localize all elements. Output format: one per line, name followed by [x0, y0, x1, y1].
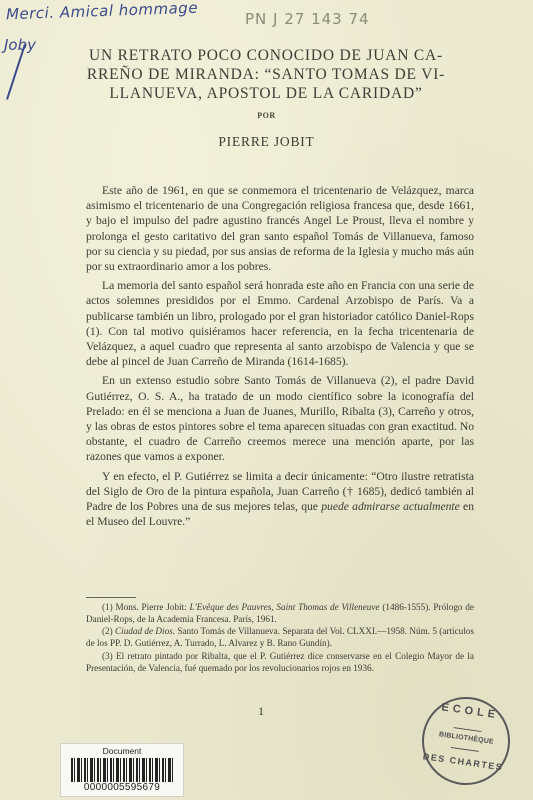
body-paragraph: Este año de 1961, en que se conmemora el…: [86, 183, 474, 274]
body-paragraph: En un extenso estudio sobre Santo Tomás …: [86, 373, 474, 464]
body-paragraph: Y en efecto, el P. Gutiérrez se limita a…: [86, 469, 474, 530]
barcode-icon: [71, 758, 173, 782]
footnote-divider: [86, 597, 136, 598]
stamp-bottom-text: DES CHARTES: [421, 751, 506, 773]
footnote-3: (3) El retrato pintado por Ribalta, que …: [86, 651, 474, 674]
footnote-text: (1) Mons. Pierre Jobit:: [102, 602, 190, 612]
stamp-divider: [451, 747, 479, 752]
barcode-number: 0000005595679: [61, 782, 183, 793]
title-line: RREÑO DE MIRANDA: “SANTO TOMAS DE VI-: [56, 65, 476, 84]
footnote-2: (2) Ciudad de Dios. Santo Tomás de Villa…: [86, 626, 474, 649]
barcode-label: Document 0000005595679: [60, 743, 184, 797]
footnote-1: (1) Mons. Pierre Jobit: L'Evêque des Pau…: [86, 602, 474, 625]
footnotes: (1) Mons. Pierre Jobit: L'Evêque des Pau…: [86, 602, 474, 675]
footnote-book-title: L'Evêque des Pauvres, Saint Thomas de Vi…: [190, 602, 380, 612]
footnote-text: (2): [102, 626, 115, 636]
handwritten-dedication: Merci. Amical hommage: [6, 0, 199, 23]
pencil-shelfmark: PN J 27 143 74: [245, 10, 370, 28]
stamp-divider: [454, 727, 482, 732]
stamp-top-text: ECOLE: [428, 700, 513, 724]
body-paragraph: La memoria del santo español será honrad…: [86, 278, 474, 369]
title-line: LLANUEVA, APOSTOL DE LA CARIDAD”: [56, 84, 476, 103]
footnote-journal-title: Ciudad de Dios.: [115, 626, 175, 636]
page-number: 1: [258, 704, 264, 719]
stamp-middle-text: BIBLIOTHÈQUE: [424, 729, 508, 748]
article-title: UN RETRATO POCO CONOCIDO DE JUAN CA- RRE…: [56, 46, 476, 103]
document-page: Merci. Amical hommage Joby PN J 27 143 7…: [0, 0, 533, 800]
library-stamp: ECOLE BIBLIOTHÈQUE DES CHARTES: [416, 691, 515, 790]
author-name: PIERRE JOBIT: [0, 134, 533, 150]
barcode-title: Document: [61, 746, 183, 756]
quote-emphasis: puede admirarse actualmente: [321, 500, 460, 513]
byline-por: POR: [0, 111, 533, 120]
title-line: UN RETRATO POCO CONOCIDO DE JUAN CA-: [56, 46, 476, 65]
handwritten-signature: Joby: [4, 36, 36, 54]
article-body: Este año de 1961, en que se conmemora el…: [86, 183, 474, 533]
